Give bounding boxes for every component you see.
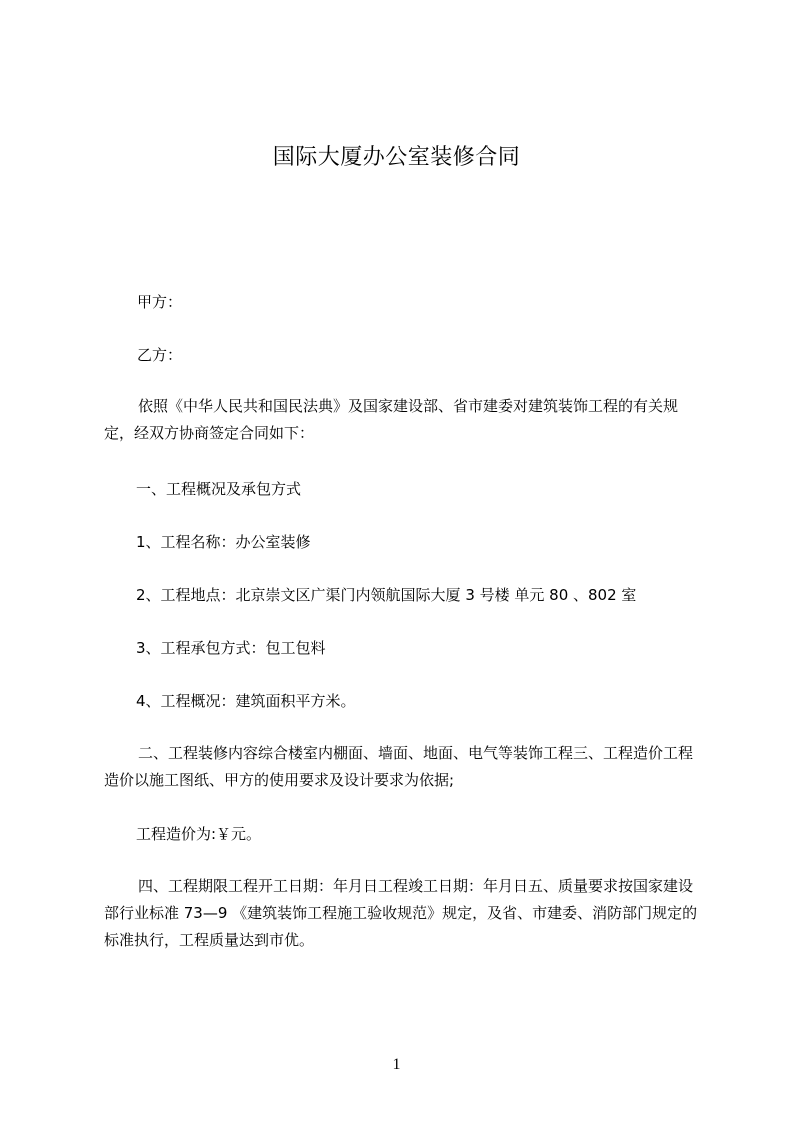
item-project-overview: 4、工程概况：建筑面积平方米。 (136, 691, 356, 711)
section-2-paragraph: 二、工程装修内容综合楼室内棚面、墙面、地面、电气等装饰工程三、工程造价工程造价以… (104, 740, 704, 794)
preamble-paragraph: 依照《中华人民共和国民法典》及国家建设部、省市建委对建筑装饰工程的有关规定，经双… (104, 393, 704, 447)
item-project-name: 1、工程名称：办公室装修 (136, 532, 311, 552)
party-b-label: 乙方： (137, 345, 182, 365)
item-contract-mode: 3、工程承包方式：包工包料 (136, 638, 326, 658)
item-project-location: 2、工程地点：北京崇文区广渠门内领航国际大厦 3 号楼 单元 80 、802 室 (136, 585, 636, 605)
price-line: 工程造价为:￥元。 (136, 824, 261, 844)
page-number: 1 (0, 1056, 793, 1074)
document-title: 国际大厦办公室装修合同 (0, 143, 793, 173)
section-4-paragraph: 四、工程期限工程开工日期：年月日工程竣工日期：年月日五、质量要求按国家建设部行业… (104, 873, 704, 954)
document-page: 国际大厦办公室装修合同 甲方： 乙方： 依照《中华人民共和国民法典》及国家建设部… (0, 0, 793, 1122)
party-a-label: 甲方： (137, 292, 182, 312)
section-1-heading: 一、工程概况及承包方式 (136, 479, 301, 499)
